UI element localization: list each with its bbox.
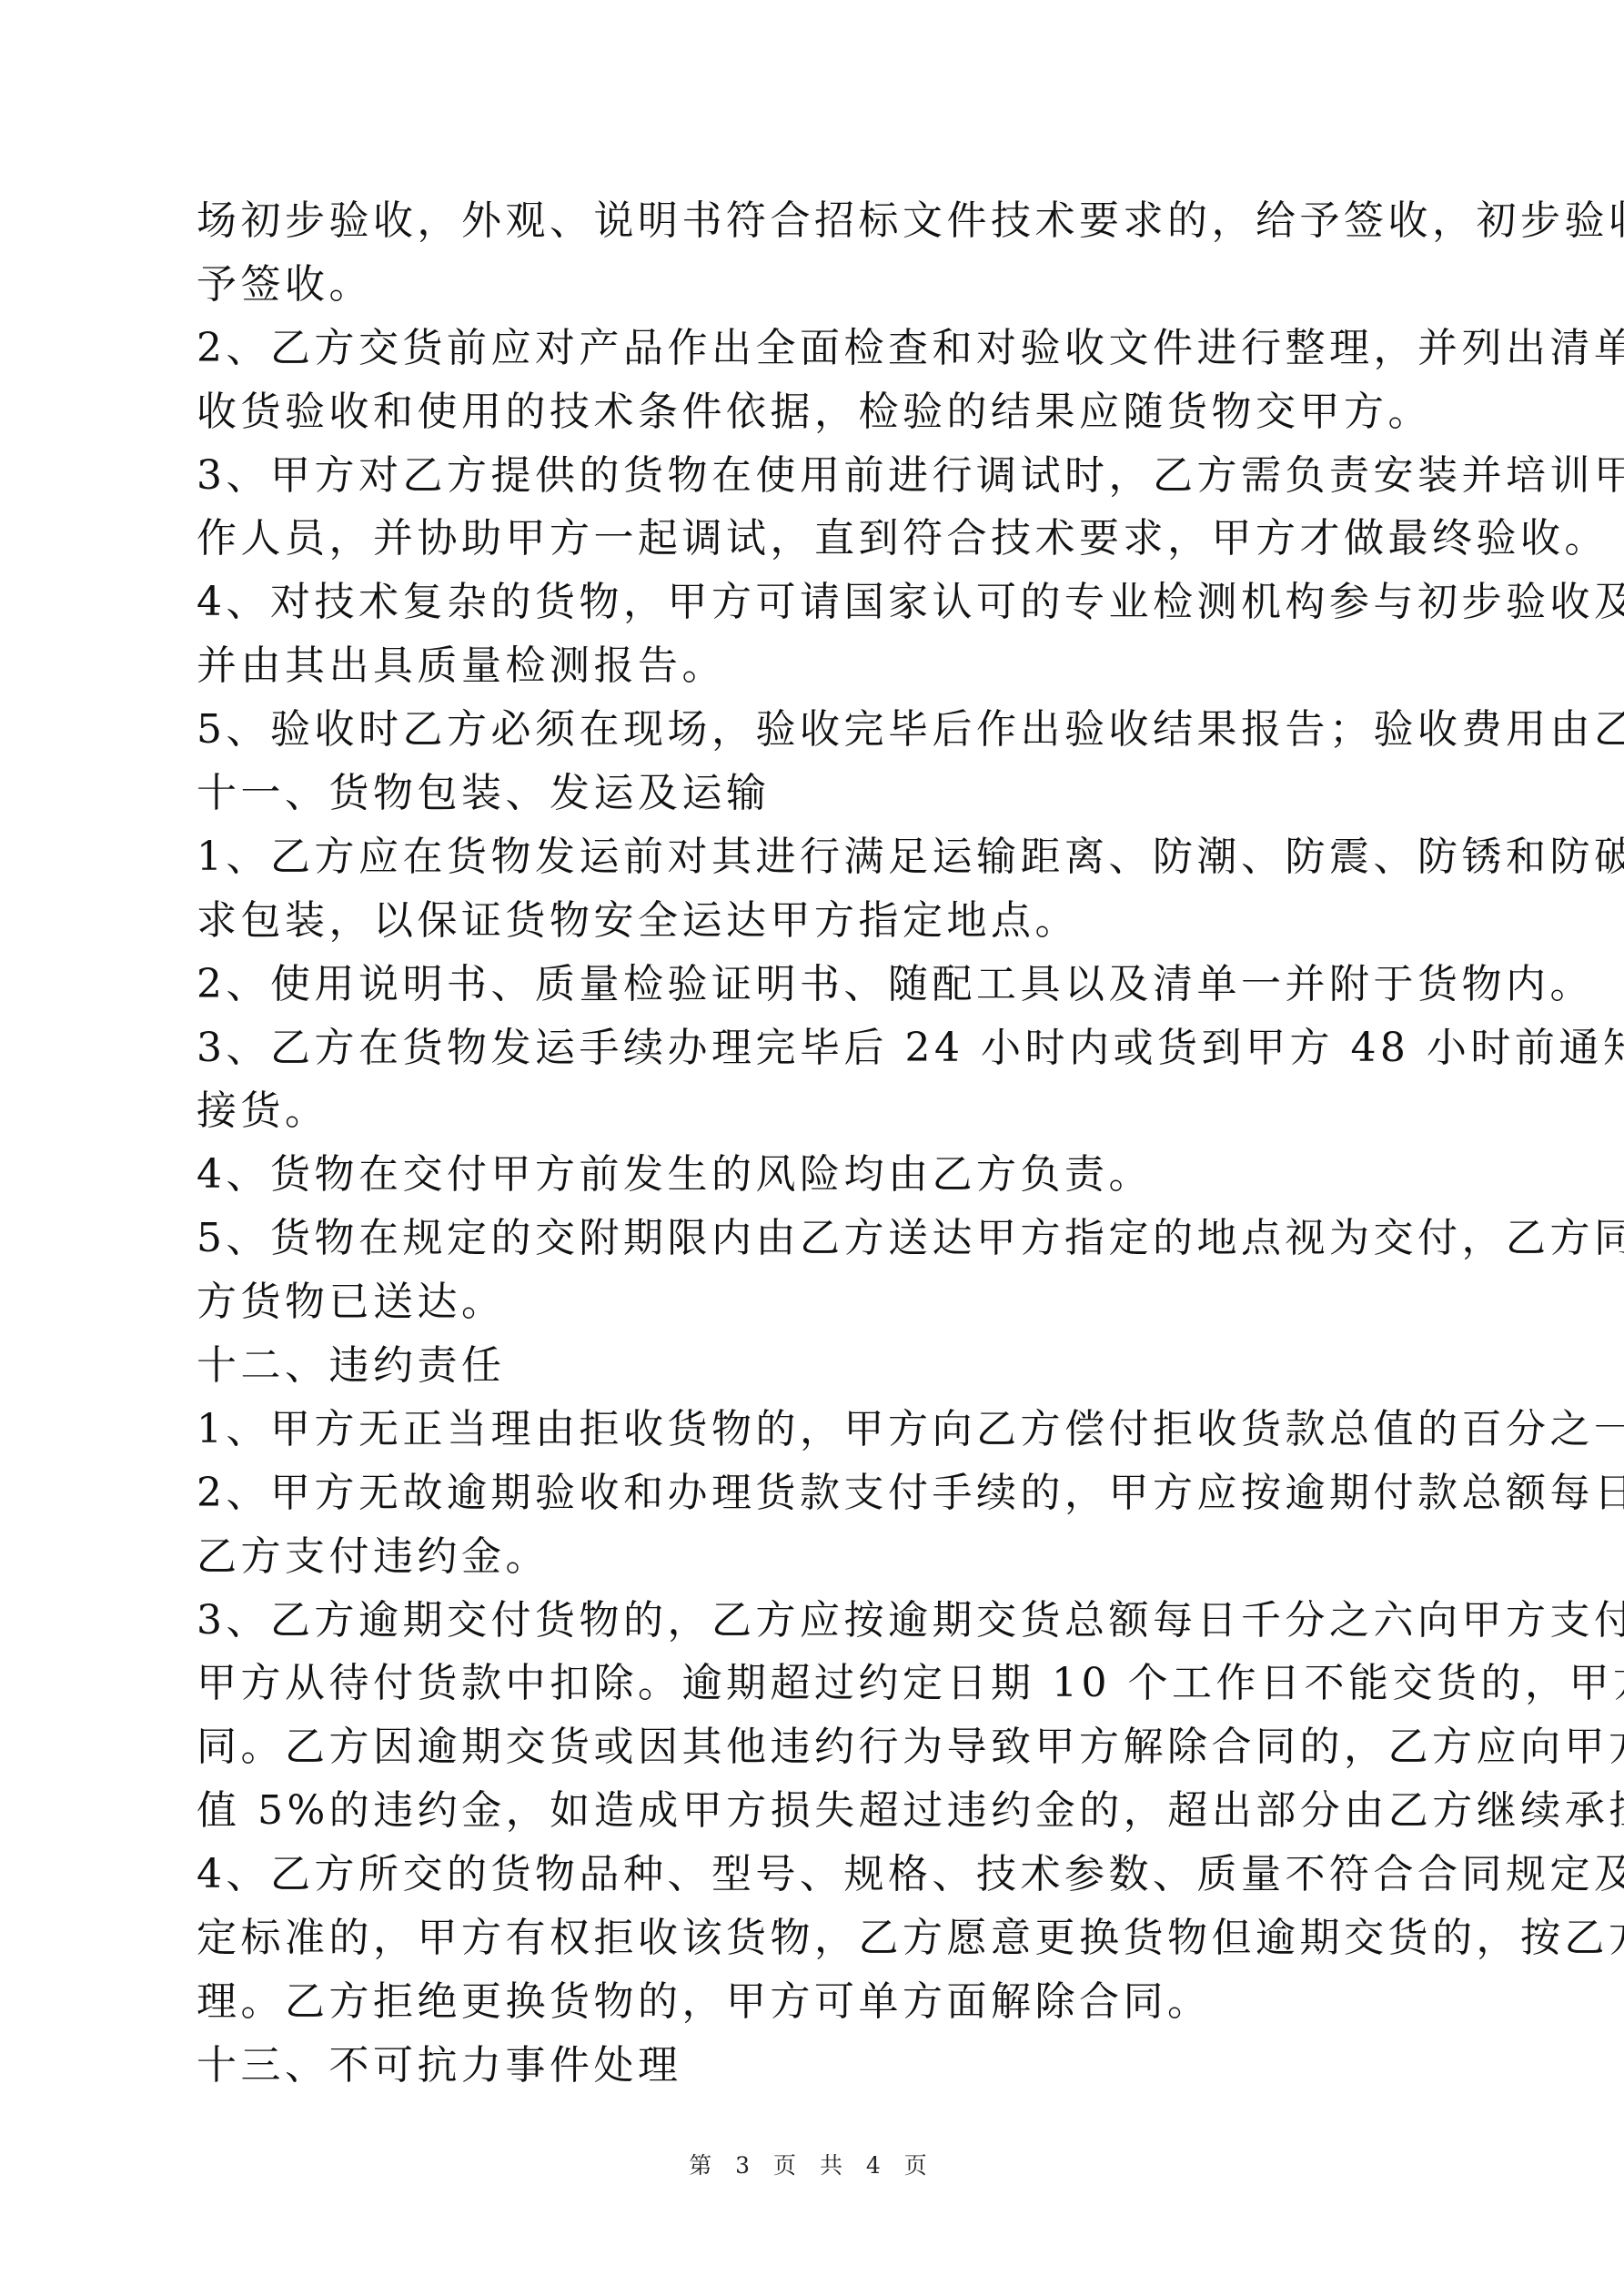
document-body: 场初步验收，外观、说明书符合招标文件技术要求的，给予签收，初步验收不合格的不 予… [197, 189, 1434, 2098]
text-line: 予签收。 [197, 253, 1434, 317]
text-line: 理。乙方拒绝更换货物的，甲方可单方面解除合同。 [197, 1970, 1434, 2034]
text-line: 3、甲方对乙方提供的货物在使用前进行调试时，乙方需负责安装并培训甲方的使用操 [197, 444, 1434, 508]
text-line: 同。乙方因逾期交货或因其他违约行为导致甲方解除合同的，乙方应向甲方支付合同总 [197, 1715, 1434, 1779]
text-line: 5、验收时乙方必须在现场，验收完毕后作出验收结果报告；验收费用由乙方负责。 [197, 698, 1434, 762]
text-line: 3、乙方逾期交付货物的，乙方应按逾期交货总额每日千分之六向甲方支付违约金，由 [197, 1589, 1434, 1653]
text-line: 场初步验收，外观、说明书符合招标文件技术要求的，给予签收，初步验收不合格的不 [197, 189, 1434, 253]
text-line: 求包装，以保证货物安全运达甲方指定地点。 [197, 889, 1434, 953]
text-line: 并由其出具质量检测报告。 [197, 634, 1434, 698]
text-line: 2、乙方交货前应对产品作出全面检查和对验收文件进行整理，并列出清单，作为甲方 [197, 317, 1434, 380]
text-line: 甲方从待付货款中扣除。逾期超过约定日期 10 个工作日不能交货的，甲方可解除本合 [197, 1652, 1434, 1715]
section-heading-13: 十三、不可抗力事件处理 [197, 2034, 1434, 2098]
text-line: 1、甲方无正当理由拒收货物的，甲方向乙方偿付拒收货款总值的百分之一违约金。 [197, 1398, 1434, 1462]
text-line: 4、货物在交付甲方前发生的风险均由乙方负责。 [197, 1143, 1434, 1207]
document-page: 场初步验收，外观、说明书符合招标文件技术要求的，给予签收，初步验收不合格的不 予… [0, 0, 1624, 2296]
section-heading-12: 十二、违约责任 [197, 1334, 1434, 1398]
text-line: 收货验收和使用的技术条件依据，检验的结果应随货物交甲方。 [197, 380, 1434, 444]
text-line: 5、货物在规定的交附期限内由乙方送达甲方指定的地点视为交付，乙方同时需通知甲 [197, 1207, 1434, 1270]
text-line: 2、甲方无故逾期验收和办理货款支付手续的，甲方应按逾期付款总额每日万分之五向 [197, 1462, 1434, 1525]
text-line: 作人员，并协助甲方一起调试，直到符合技术要求，甲方才做最终验收。 [197, 507, 1434, 571]
text-line: 1、乙方应在货物发运前对其进行满足运输距离、防潮、防震、防锈和防破损装卸等要 [197, 825, 1434, 889]
section-heading-11: 十一、货物包装、发运及运输 [197, 762, 1434, 825]
text-line: 值 5%的违约金，如造成甲方损失超过违约金的，超出部分由乙方继续承担赔偿责任。 [197, 1779, 1434, 1843]
text-line: 乙方支付违约金。 [197, 1525, 1434, 1589]
text-line: 3、乙方在货物发运手续办理完毕后 24 小时内或货到甲方 48 小时前通知甲方，… [197, 1017, 1434, 1080]
text-line: 4、对技术复杂的货物，甲方可请国家认可的专业检测机构参与初步验收及最终验收， [197, 571, 1434, 634]
page-number-footer: 第 3 页 共 4 页 [0, 2148, 1624, 2180]
text-line: 4、乙方所交的货物品种、型号、规格、技术参数、质量不符合合同规定及招标文件规 [197, 1843, 1434, 1907]
text-line: 定标准的，甲方有权拒收该货物，乙方愿意更换货物但逾期交货的，按乙方逾期交货处 [197, 1907, 1434, 1970]
text-line: 方货物已送达。 [197, 1270, 1434, 1334]
text-line: 接货。 [197, 1079, 1434, 1143]
text-line: 2、使用说明书、质量检验证明书、随配工具以及清单一并附于货物内。 [197, 953, 1434, 1017]
